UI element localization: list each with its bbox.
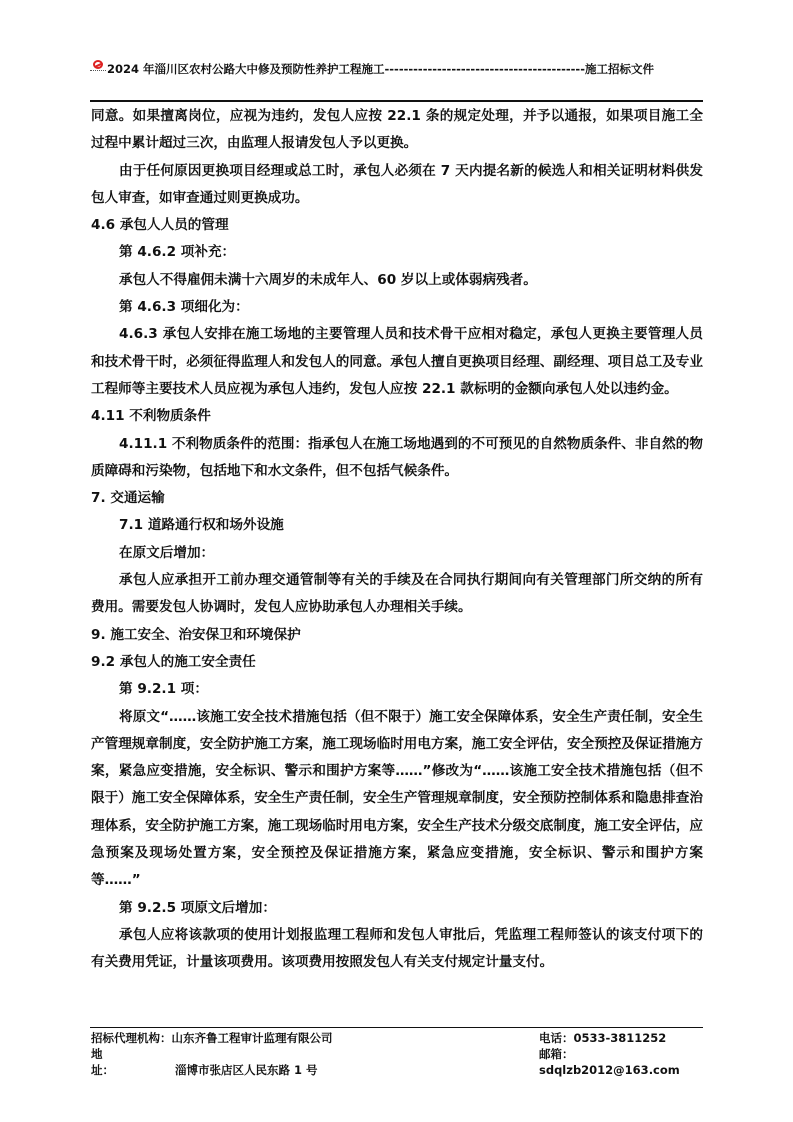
footer-row-address: 地址：淄博市张店区人民东路 1 号 邮箱：sdqlzb2012@163.com bbox=[91, 1046, 703, 1062]
email-value: sdqlzb2012@163.com bbox=[539, 1063, 680, 1077]
paragraph: 4.11.1 不利物质条件的范围：指承包人在施工场地遇到的不可预见的自然物质条件… bbox=[91, 431, 703, 486]
agency-value: 山东齐鲁工程审计监理有限公司 bbox=[172, 1031, 333, 1045]
paragraph: 4.6.3 承包人安排在施工场地的主要管理人员和技术骨干应相对稳定，承包人更换主… bbox=[91, 321, 703, 403]
address-label-start: 地 bbox=[91, 1046, 161, 1062]
clause-heading: 在原文后增加： bbox=[91, 540, 703, 567]
footer-row-agency: 招标代理机构：山东齐鲁工程审计监理有限公司 电话：0533-3811252 bbox=[91, 1030, 703, 1046]
paragraph: 由于任何原因更换项目经理或总工时，承包人必须在 7 天内提名新的候选人和相关证明… bbox=[91, 158, 703, 213]
company-logo-icon bbox=[90, 60, 107, 74]
section-heading: 4.6 承包人人员的管理 bbox=[91, 212, 703, 239]
paragraph: 同意。如果擅离岗位，应视为违约，发包人应按 22.1 条的规定处理，并予以通报，… bbox=[91, 103, 703, 158]
section-heading: 9. 施工安全、治安保卫和环境保护 bbox=[91, 622, 703, 649]
clause-heading: 第 9.2.1 项： bbox=[91, 676, 703, 703]
phone-value: 0533-3811252 bbox=[574, 1031, 667, 1045]
address-label-end: 址： bbox=[91, 1063, 114, 1077]
header-divider bbox=[90, 100, 703, 102]
document-body: 同意。如果擅离岗位，应视为违约，发包人应按 22.1 条的规定处理，并予以通报，… bbox=[91, 103, 703, 977]
header-title: 2024 年淄川区农村公路大中修及预防性养护工程施工--------------… bbox=[107, 62, 654, 76]
paragraph: 将原文“……该施工安全技术措施包括（但不限于）施工安全保障体系，安全生产责任制，… bbox=[91, 704, 703, 895]
clause-heading: 第 4.6.3 项细化为： bbox=[91, 294, 703, 321]
page-footer: 招标代理机构：山东齐鲁工程审计监理有限公司 电话：0533-3811252 地址… bbox=[91, 1030, 703, 1062]
agency-label: 招标代理机构： bbox=[91, 1031, 172, 1045]
clause-heading: 第 4.6.2 项补充： bbox=[91, 239, 703, 266]
paragraph: 承包人应将该款项的使用计划报监理工程师和发包人审批后，凭监理工程师签认的该支付项… bbox=[91, 922, 703, 977]
clause-heading: 第 9.2.5 项原文后增加： bbox=[91, 895, 703, 922]
section-heading: 4.11 不利物质条件 bbox=[91, 403, 703, 430]
footer-divider bbox=[90, 1027, 703, 1028]
paragraph: 承包人应承担开工前办理交通管制等有关的手续及在合同执行期间向有关管理部门所交纳的… bbox=[91, 567, 703, 622]
email-label: 邮箱： bbox=[539, 1047, 574, 1061]
document-page: 2024 年淄川区农村公路大中修及预防性养护工程施工--------------… bbox=[0, 0, 793, 1122]
page-header: 2024 年淄川区农村公路大中修及预防性养护工程施工--------------… bbox=[90, 60, 703, 77]
paragraph: 承包人不得雇佣未满十六周岁的未成年人、60 岁以上或体弱病残者。 bbox=[91, 267, 703, 294]
subsection-heading: 7.1 道路通行权和场外设施 bbox=[91, 512, 703, 539]
section-heading: 7. 交通运输 bbox=[91, 485, 703, 512]
section-heading: 9.2 承包人的施工安全责任 bbox=[91, 649, 703, 676]
address-value: 淄博市张店区人民东路 1 号 bbox=[175, 1063, 318, 1077]
phone-label: 电话： bbox=[539, 1031, 574, 1045]
